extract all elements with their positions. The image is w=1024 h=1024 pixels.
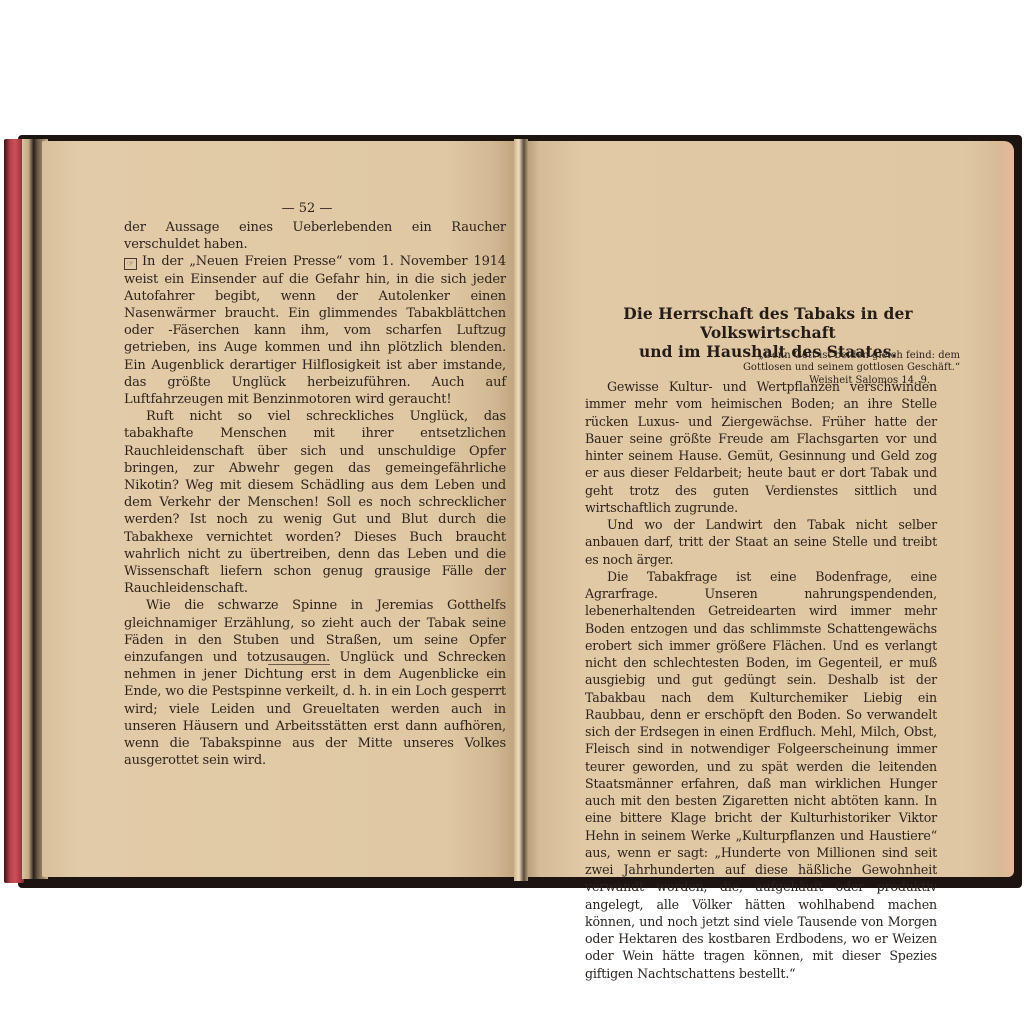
pointing-hand-icon: ☞	[124, 258, 137, 270]
paragraph: der Aussage eines Ueberlebenden ein Rauc…	[124, 219, 506, 253]
epigraph-line-2: Gottlosen und seinem gottlosen Geschäft.…	[720, 362, 960, 374]
section-end-rule	[268, 664, 330, 665]
paragraph: Und wo der Landwirt den Tabak nicht selb…	[585, 516, 937, 568]
right-page-body: Gewisse Kultur- und Wertpflanzen verschw…	[585, 378, 937, 982]
paragraph: Gewisse Kultur- und Wertpflanzen verschw…	[585, 378, 937, 516]
paragraph: Wie die schwarze Spinne in Jeremias Gott…	[124, 597, 506, 769]
left-page-body: der Aussage eines Ueberlebenden ein Rauc…	[124, 219, 506, 770]
page-number: — 52 —	[272, 201, 342, 216]
paragraph-text: In der „Neuen Freien Presse“ vom 1. Nove…	[124, 254, 506, 407]
red-cover-edge	[4, 139, 24, 883]
heading-line-1: Die Herrschaft des Tabaks in der Volkswi…	[578, 304, 958, 342]
epigraph-line-1: „Denn Gott ist beiden gleich feind: dem	[720, 350, 960, 362]
paragraph: Ruft nicht so viel schreckliches Unglück…	[124, 408, 506, 597]
paragraph: Die Tabakfrage ist eine Bodenfrage, eine…	[585, 568, 937, 982]
book-gutter	[514, 139, 528, 881]
paragraph: ☞In der „Neuen Freien Presse“ vom 1. Nov…	[124, 253, 506, 408]
